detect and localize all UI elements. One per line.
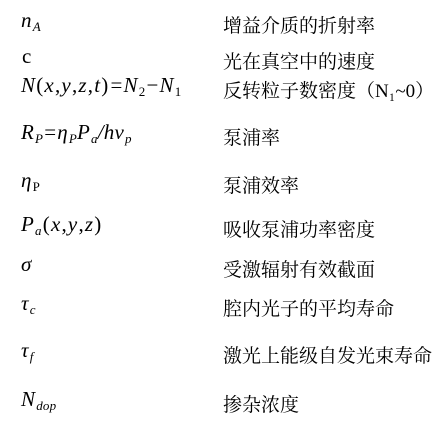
definition-cell: 掺杂浓度 [223, 390, 299, 417]
math-token: = [44, 120, 56, 144]
math-token: 2 [139, 84, 146, 99]
math-token: , [88, 73, 93, 97]
math-token: N [124, 73, 138, 97]
symbol-cell: nA [21, 8, 41, 35]
symbol-cell: c [21, 44, 33, 69]
table-row: Pa(x,y,z) 吸收泵浦功率密度 [0, 212, 444, 244]
definition-cell: 吸收泵浦功率密度 [223, 215, 375, 242]
definition-cell: 激光上能级自发光束寿命 [223, 341, 432, 368]
math-token: z [78, 73, 86, 97]
definition-cell: 光在真空中的速度 [223, 47, 375, 74]
math-token: f [30, 349, 34, 364]
math-token: τ [21, 338, 29, 362]
symbol-cell: τc [21, 291, 36, 318]
math-token: a [91, 131, 98, 146]
math-token: N [21, 73, 35, 97]
table-row: ηP 泵浦效率 [0, 168, 444, 200]
math-token: h [104, 120, 115, 144]
math-token: ) [94, 212, 101, 236]
table-row: N(x,y,z,t)=N2−N1 反转粒子数密度（N₁~0） [0, 73, 444, 105]
math-token: ( [43, 212, 50, 236]
math-token: ) [101, 73, 108, 97]
math-token: , [78, 212, 83, 236]
symbol-cell: τf [21, 338, 34, 365]
definition-cell: 受激辐射有效截面 [223, 255, 375, 282]
math-token: t [94, 73, 100, 97]
definition-cell: 增益介质的折射率 [223, 11, 375, 38]
definition-cell: 腔内光子的平均寿命 [223, 294, 394, 321]
math-token: ν [115, 120, 125, 144]
math-token: ( [36, 73, 43, 97]
math-token: P [35, 131, 43, 146]
math-token: R [21, 120, 34, 144]
math-token: p [125, 131, 132, 146]
math-token: z [85, 212, 93, 236]
math-token: dop [36, 398, 56, 413]
math-token: P [77, 120, 90, 144]
math-token: , [72, 73, 77, 97]
math-token: τ [21, 291, 29, 315]
math-token: y [68, 212, 78, 236]
symbol-cell: Ndop [21, 387, 56, 414]
math-token: N [159, 73, 173, 97]
math-token: σ [21, 252, 32, 276]
math-token: , [55, 73, 60, 97]
math-token: c [30, 302, 36, 317]
symbol-cell: σ [21, 252, 32, 277]
table-row: Ndop 掺杂浓度 [0, 387, 444, 419]
table-row: c 光在真空中的速度 [0, 44, 444, 76]
table-row: σ 受激辐射有效截面 [0, 252, 444, 284]
math-token: x [51, 212, 61, 236]
symbol-definition-page: nA 增益介质的折射率 c 光在真空中的速度 N(x,y,z,t)=N2−N1 … [0, 0, 444, 433]
table-row: nA 增益介质的折射率 [0, 8, 444, 40]
math-token: x [44, 73, 54, 97]
definition-cell: 泵浦率 [223, 123, 280, 150]
math-token: c [22, 44, 32, 68]
math-token: N [21, 387, 35, 411]
table-row: RP=ηPPa/hνp 泵浦率 [0, 120, 444, 152]
math-token: n [21, 8, 32, 32]
symbol-cell: ηP [21, 168, 40, 195]
math-token: 1 [175, 84, 182, 99]
math-token: A [33, 19, 41, 34]
symbol-cell: Pa(x,y,z) [21, 212, 102, 239]
definition-cell: 反转粒子数密度（N₁~0） [223, 76, 434, 103]
math-token: η [57, 120, 68, 144]
math-token: P [21, 212, 34, 236]
table-row: τf 激光上能级自发光束寿命 [0, 338, 444, 370]
table-row: τc 腔内光子的平均寿命 [0, 291, 444, 323]
math-token: P [69, 131, 77, 146]
math-token: P [33, 179, 40, 194]
math-token: y [61, 73, 71, 97]
math-token: a [35, 223, 42, 238]
math-token: , [61, 212, 66, 236]
math-token: − [146, 73, 158, 97]
symbol-cell: N(x,y,z,t)=N2−N1 [21, 73, 181, 100]
definition-cell: 泵浦效率 [223, 171, 299, 198]
symbol-cell: RP=ηPPa/hνp [21, 120, 132, 147]
math-token: = [110, 73, 122, 97]
math-token: η [21, 168, 32, 192]
